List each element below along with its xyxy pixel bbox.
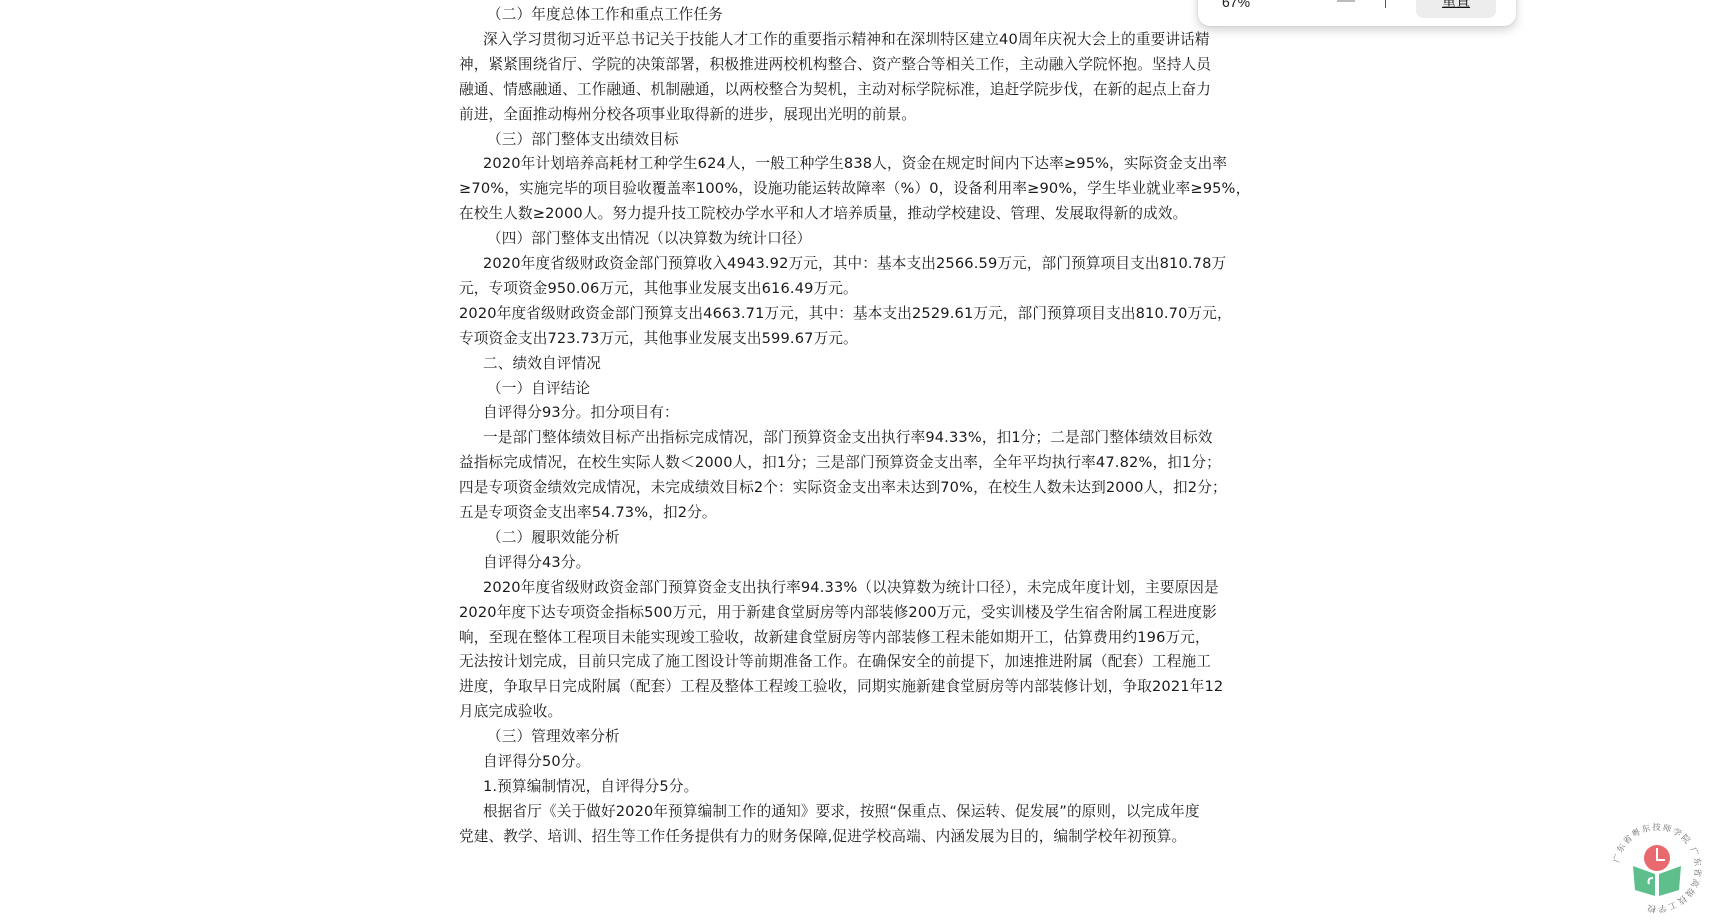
zoom-level-value: 67%	[1222, 0, 1250, 10]
section-heading: （四）部门整体支出情况（以决算数为统计口径）	[487, 225, 811, 252]
paragraph-line: 2020年度下达专项资金指标500万元，用于新建食堂厨房等内部装修200万元，受…	[459, 599, 1217, 626]
school-logo-watermark: 广东省粤东技师学院 广东省高级技工学校	[1607, 818, 1707, 918]
paragraph-line: 四是专项资金绩效完成情况，未完成绩效目标2个：实际资金支出率未达到70%，在校生…	[459, 474, 1227, 501]
paragraph-line: 党建、教学、培训、招生等工作任务提供有力的财务保障,促进学校高端、内涵发展为目的…	[459, 823, 1186, 850]
paragraph-line: 月底完成验收。	[459, 698, 562, 725]
paragraph-line: 自评得分50分。	[483, 748, 590, 775]
section-heading: （三）管理效率分析	[487, 723, 620, 750]
paragraph-line: 2020年计划培养高耗材工种学生624人，一般工种学生838人，资金在规定时间内…	[483, 150, 1227, 177]
section-heading: （三）部门整体支出绩效目标	[487, 126, 679, 153]
paragraph-line: 进度，争取早日完成附属（配套）工程及整体工程竣工验收，同期实施新建食堂厨房等内部…	[459, 673, 1223, 700]
paragraph-line: 2020年度省级财政资金部门预算支出4663.71万元，其中：基本支出2529.…	[459, 300, 1232, 327]
zoom-popup: 67% 重置	[1198, 0, 1516, 26]
paragraph-line: 根据省厅《关于做好2020年预算编制工作的通知》要求，按照“保重点、保运转、促发…	[483, 798, 1200, 825]
paragraph-line: 一是部门整体绩效目标产出指标完成情况，部门预算资金支出执行率94.33%，扣1分…	[483, 424, 1212, 451]
section-heading: （二）履职效能分析	[487, 524, 620, 551]
paragraph-line: 二、绩效自评情况	[483, 350, 601, 377]
paragraph-line: 融通、情感融通、工作融通、机制融通，以两校整合为契机，主动对标学院标准，追赶学院…	[459, 76, 1211, 103]
paragraph-line: 专项资金支出723.73万元，其他事业发展支出599.67万元。	[459, 325, 858, 352]
paragraph-line: 在校生人数≥2000人。努力提升技工院校办学水平和人才培养质量，推动学校建设、管…	[459, 200, 1187, 227]
section-heading: （一）自评结论	[487, 375, 590, 402]
paragraph-line: 元，专项资金950.06万元，其他事业发展支出616.49万元。	[459, 275, 858, 302]
paragraph-line: 深入学习贯彻习近平总书记关于技能人才工作的重要指示精神和在深圳特区建立40周年庆…	[483, 26, 1210, 53]
reset-zoom-button[interactable]: 重置	[1416, 0, 1496, 18]
zoom-out-button[interactable]	[1337, 0, 1355, 2]
popup-divider	[1385, 0, 1386, 8]
paragraph-line: 无法按计划完成，目前只完成了施工图设计等前期准备工作。在确保安全的前提下，加速推…	[459, 648, 1211, 675]
paragraph-line: 自评得分93分。扣分项目有：	[483, 399, 679, 426]
paragraph-line: 自评得分43分。	[483, 549, 590, 576]
paragraph-line: 神，紧紧围绕省厅、学院的决策部署，积极推进两校机构整合、资产整合等相关工作，主动…	[459, 51, 1211, 78]
paragraph-line: 前进，全面推动梅州分校各项事业取得新的进步，展现出光明的前景。	[459, 101, 916, 128]
school-emblem-icon: 广东省粤东技师学院 广东省高级技工学校	[1607, 818, 1707, 918]
paragraph-line: 2020年度省级财政资金部门预算收入4943.92万元，其中：基本支出2566.…	[483, 250, 1226, 277]
paragraph-line: 响，至现在整体工程项目未能实现竣工验收，故新建食堂厨房等内部装修工程未能如期开工…	[459, 624, 1210, 651]
paragraph-line: 五是专项资金支出率54.73%，扣2分。	[459, 499, 717, 526]
paragraph-line: 益指标完成情况，在校生实际人数＜2000人，扣1分；三是部门预算资金支出率，全年…	[459, 449, 1221, 476]
section-heading: （二）年度总体工作和重点工作任务	[487, 1, 723, 28]
paragraph-line: 2020年度省级财政资金部门预算资金支出执行率94.33%（以决算数为统计口径）…	[483, 574, 1219, 601]
paragraph-line: 1.预算编制情况，自评得分5分。	[483, 773, 698, 800]
paragraph-line: ≥70%，实施完毕的项目验收覆盖率100%，设施功能运转故障率（%）0，设备利用…	[459, 175, 1250, 202]
